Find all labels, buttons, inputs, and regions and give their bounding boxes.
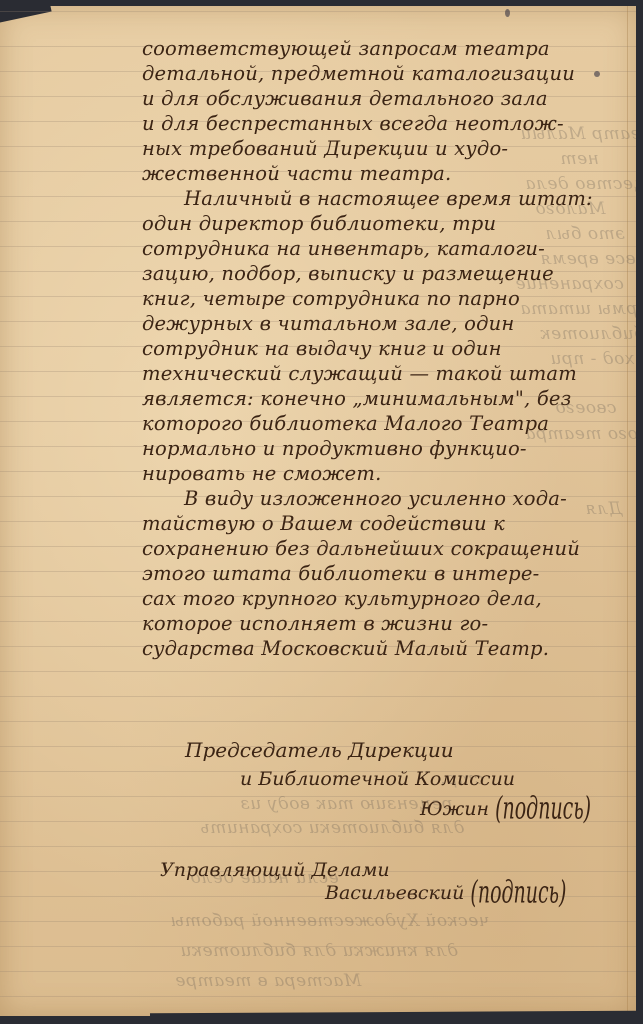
- body-line: сотрудник на выдачу книг и один: [142, 336, 632, 361]
- body-line: детальной, предметной каталогизации: [142, 61, 632, 86]
- body-line: сотрудника на инвентарь, каталоги-: [142, 236, 632, 261]
- body-line: соответствующей запросам театра: [142, 36, 632, 61]
- signature-2-note: (подпись): [470, 875, 566, 910]
- body-line: нировать не сможет.: [142, 461, 632, 486]
- body-line: которого библиотека Малого Театра: [142, 411, 632, 436]
- letter-body: соответствующей запросам театра детально…: [142, 36, 632, 661]
- body-line: один директор библиотеки, три: [142, 211, 632, 236]
- body-line: этого штата библиотеки в интере-: [142, 561, 632, 586]
- paragraph-start-line: В виду изложенного усиленно хода-: [142, 486, 632, 511]
- body-line: которое исполняет в жизни го-: [142, 611, 632, 636]
- signature-1-note: (подпись): [495, 791, 591, 826]
- ink-stain: [505, 9, 510, 17]
- body-line: является: конечно „минимальным", без: [142, 386, 632, 411]
- body-line: сохранению без дальнейших сокращений: [142, 536, 632, 561]
- signature-2-name: Васильевский: [325, 882, 464, 904]
- signature-2-title: Управляющий Делами: [160, 859, 390, 881]
- body-line: сах того крупного культурного дела,: [142, 586, 632, 611]
- signature-1-name: Южин: [420, 798, 489, 820]
- signature-1-title: Председатель Дирекции: [185, 738, 454, 762]
- signature-2-block: Васильевский (подпись): [325, 882, 566, 904]
- paragraph-start-line: Наличный в настоящее время штат:: [142, 186, 632, 211]
- body-line: нормально и продуктивно функцио-: [142, 436, 632, 461]
- body-line: и для беспрестанных всегда неотлож-: [142, 111, 632, 136]
- body-line: ных требований Дирекции и худо-: [142, 136, 632, 161]
- body-line: дежурных в читальном зале, один: [142, 311, 632, 336]
- body-line: книг, четыре сотрудника по парно: [142, 286, 632, 311]
- body-line: жественной части театра.: [142, 161, 632, 186]
- body-line: тайствую о Вашем содействии к: [142, 511, 632, 536]
- signature-1-block: Южин (подпись): [420, 798, 591, 820]
- body-line: зацию, подбор, выписку и размещение: [142, 261, 632, 286]
- signature-1-title-line-2: и Библиотечной Комиссии: [240, 768, 515, 790]
- body-line: и для обслуживания детального зала: [142, 86, 632, 111]
- body-line: сударства Московский Малый Театр.: [142, 636, 632, 661]
- document-page: театр Малый нет существо дела Малого это…: [0, 6, 636, 1016]
- body-line: технический служащий — такой штат: [142, 361, 632, 386]
